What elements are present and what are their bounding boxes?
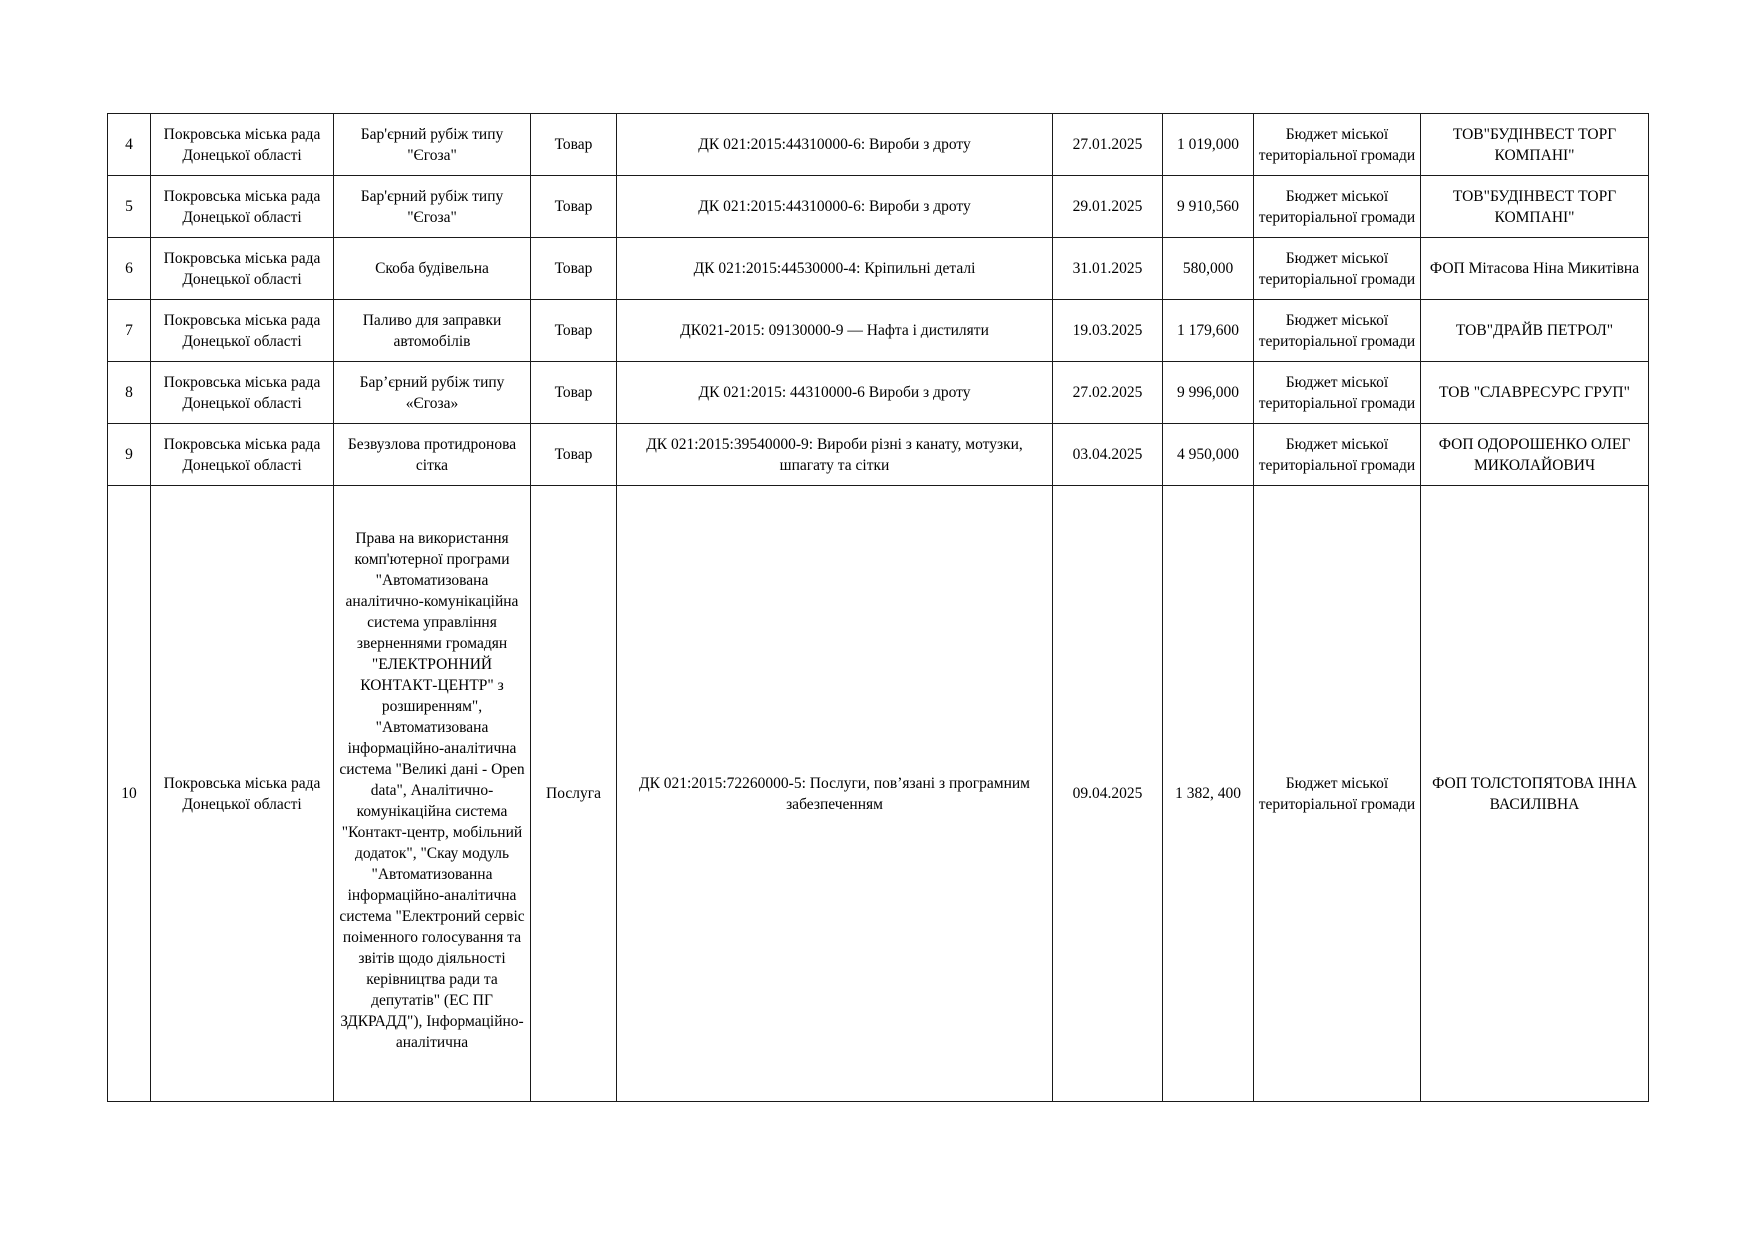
item-cell: Бар'єрний рубіж типу "Єгоза" bbox=[334, 114, 531, 176]
item-text: Бар'єрний рубіж типу "Єгоза" bbox=[361, 126, 503, 164]
customer-text: Покровська міська рада Донецької області bbox=[164, 436, 321, 474]
supplier-text: ТОВ "СЛАВРЕСУРС ГРУП" bbox=[1439, 384, 1630, 401]
amount-text: 1 382, 400 bbox=[1175, 785, 1241, 802]
code-text: ДК 021:2015:44310000-6: Вироби з дроту bbox=[698, 198, 970, 215]
amount-text: 4 950,000 bbox=[1177, 446, 1239, 463]
type-text: Послуга bbox=[546, 785, 601, 802]
supplier-cell: ТОВ"БУДІНВЕСТ ТОРГ КОМПАНІ" bbox=[1421, 114, 1649, 176]
supplier-cell: ТОВ "СЛАВРЕСУРС ГРУП" bbox=[1421, 362, 1649, 424]
funding-source-cell: Бюджет міської територіальної громади bbox=[1254, 362, 1421, 424]
date-text: 29.01.2025 bbox=[1073, 198, 1143, 215]
date-text: 09.04.2025 bbox=[1073, 785, 1143, 802]
table-row: 8 Покровська міська рада Донецької облас… bbox=[108, 362, 1649, 424]
customer-text: Покровська міська рада Донецької області bbox=[164, 775, 321, 813]
row-number: 4 bbox=[108, 114, 151, 176]
date-text: 03.04.2025 bbox=[1073, 446, 1143, 463]
type-cell: Товар bbox=[531, 300, 617, 362]
num-text: 9 bbox=[125, 446, 133, 463]
table-row: 4 Покровська міська рада Донецької облас… bbox=[108, 114, 1649, 176]
row-number: 6 bbox=[108, 238, 151, 300]
date-text: 27.01.2025 bbox=[1073, 136, 1143, 153]
type-text: Товар bbox=[555, 198, 593, 215]
code-text: ДК021-2015: 09130000-9 — Нафта і дистиля… bbox=[680, 322, 989, 339]
amount-text: 9 996,000 bbox=[1177, 384, 1239, 401]
amount-cell: 580,000 bbox=[1163, 238, 1254, 300]
item-text: Безвузлова протидронова сітка bbox=[348, 436, 516, 474]
row-number: 10 bbox=[108, 486, 151, 1102]
date-text: 27.02.2025 bbox=[1073, 384, 1143, 401]
customer-cell: Покровська міська рада Донецької області bbox=[151, 238, 334, 300]
num-text: 4 bbox=[125, 136, 133, 153]
funding-source-cell: Бюджет міської територіальної громади bbox=[1254, 238, 1421, 300]
funding-source-cell: Бюджет міської територіальної громади bbox=[1254, 176, 1421, 238]
supplier-cell: ТОВ"ДРАЙВ ПЕТРОЛ" bbox=[1421, 300, 1649, 362]
num-text: 8 bbox=[125, 384, 133, 401]
amount-text: 580,000 bbox=[1183, 260, 1233, 277]
customer-text: Покровська міська рада Донецької області bbox=[164, 188, 321, 226]
cpv-code-cell: ДК 021:2015:44530000-4: Кріпильні деталі bbox=[617, 238, 1053, 300]
customer-cell: Покровська міська рада Донецької області bbox=[151, 176, 334, 238]
item-cell: Безвузлова протидронова сітка bbox=[334, 424, 531, 486]
funding-source-cell: Бюджет міської територіальної громади bbox=[1254, 486, 1421, 1102]
table-row: 5 Покровська міська рада Донецької облас… bbox=[108, 176, 1649, 238]
amount-cell: 4 950,000 bbox=[1163, 424, 1254, 486]
amount-cell: 1 019,000 bbox=[1163, 114, 1254, 176]
procurement-table: 4 Покровська міська рада Донецької облас… bbox=[107, 113, 1649, 1102]
source-text: Бюджет міської територіальної громади bbox=[1259, 126, 1415, 164]
item-text: Бар’єрний рубіж типу «Єгоза» bbox=[360, 374, 505, 412]
type-text: Товар bbox=[555, 322, 593, 339]
amount-cell: 9 910,560 bbox=[1163, 176, 1254, 238]
date-cell: 31.01.2025 bbox=[1053, 238, 1163, 300]
date-cell: 27.01.2025 bbox=[1053, 114, 1163, 176]
supplier-cell: ФОП Мітасова Ніна Микитівна bbox=[1421, 238, 1649, 300]
row-number: 7 bbox=[108, 300, 151, 362]
num-text: 10 bbox=[121, 785, 137, 802]
customer-text: Покровська міська рада Донецької області bbox=[164, 126, 321, 164]
item-text: Скоба будівельна bbox=[375, 260, 489, 277]
supplier-text: ФОП ОДОРОШЕНКО ОЛЕГ МИКОЛАЙОВИЧ bbox=[1439, 436, 1631, 474]
customer-cell: Покровська міська рада Донецької області bbox=[151, 424, 334, 486]
date-cell: 03.04.2025 bbox=[1053, 424, 1163, 486]
funding-source-cell: Бюджет міської територіальної громади bbox=[1254, 300, 1421, 362]
item-cell: Скоба будівельна bbox=[334, 238, 531, 300]
type-cell: Послуга bbox=[531, 486, 617, 1102]
supplier-cell: ТОВ"БУДІНВЕСТ ТОРГ КОМПАНІ" bbox=[1421, 176, 1649, 238]
type-cell: Товар bbox=[531, 176, 617, 238]
date-cell: 29.01.2025 bbox=[1053, 176, 1163, 238]
supplier-text: ТОВ"ДРАЙВ ПЕТРОЛ" bbox=[1456, 322, 1613, 339]
supplier-text: ФОП Мітасова Ніна Микитівна bbox=[1430, 260, 1639, 277]
num-text: 7 bbox=[125, 322, 133, 339]
date-text: 19.03.2025 bbox=[1073, 322, 1143, 339]
item-cell: Права на використання комп'ютерної прогр… bbox=[334, 486, 531, 1102]
customer-cell: Покровська міська рада Донецької області bbox=[151, 362, 334, 424]
amount-text: 1 179,600 bbox=[1177, 322, 1239, 339]
customer-text: Покровська міська рада Донецької області bbox=[164, 312, 321, 350]
num-text: 6 bbox=[125, 260, 133, 277]
supplier-cell: ФОП ОДОРОШЕНКО ОЛЕГ МИКОЛАЙОВИЧ bbox=[1421, 424, 1649, 486]
customer-cell: Покровська міська рада Донецької області bbox=[151, 114, 334, 176]
cpv-code-cell: ДК021-2015: 09130000-9 — Нафта і дистиля… bbox=[617, 300, 1053, 362]
customer-cell: Покровська міська рада Донецької області bbox=[151, 486, 334, 1102]
code-text: ДК 021:2015: 44310000-6 Вироби з дроту bbox=[699, 384, 971, 401]
item-text: Права на використання комп'ютерної прогр… bbox=[338, 528, 526, 1053]
item-cell: Бар'єрний рубіж типу "Єгоза" bbox=[334, 176, 531, 238]
date-cell: 09.04.2025 bbox=[1053, 486, 1163, 1102]
type-text: Товар bbox=[555, 384, 593, 401]
supplier-cell: ФОП ТОЛСТОПЯТОВА ІННА ВАСИЛІВНА bbox=[1421, 486, 1649, 1102]
item-cell: Паливо для заправки автомобілів bbox=[334, 300, 531, 362]
source-text: Бюджет міської територіальної громади bbox=[1259, 250, 1415, 288]
source-text: Бюджет міської територіальної громади bbox=[1259, 436, 1415, 474]
cpv-code-cell: ДК 021:2015:39540000-9: Вироби різні з к… bbox=[617, 424, 1053, 486]
amount-text: 1 019,000 bbox=[1177, 136, 1239, 153]
code-text: ДК 021:2015:39540000-9: Вироби різні з к… bbox=[646, 436, 1023, 474]
cpv-code-cell: ДК 021:2015:44310000-6: Вироби з дроту bbox=[617, 176, 1053, 238]
table-row: 7 Покровська міська рада Донецької облас… bbox=[108, 300, 1649, 362]
type-cell: Товар bbox=[531, 362, 617, 424]
amount-text: 9 910,560 bbox=[1177, 198, 1239, 215]
supplier-text: ФОП ТОЛСТОПЯТОВА ІННА ВАСИЛІВНА bbox=[1432, 775, 1637, 813]
date-cell: 27.02.2025 bbox=[1053, 362, 1163, 424]
customer-text: Покровська міська рада Донецької області bbox=[164, 374, 321, 412]
item-text: Паливо для заправки автомобілів bbox=[363, 312, 502, 350]
table-row: 6 Покровська міська рада Донецької облас… bbox=[108, 238, 1649, 300]
item-text: Бар'єрний рубіж типу "Єгоза" bbox=[361, 188, 503, 226]
row-number: 8 bbox=[108, 362, 151, 424]
date-text: 31.01.2025 bbox=[1073, 260, 1143, 277]
code-text: ДК 021:2015:44530000-4: Кріпильні деталі bbox=[694, 260, 976, 277]
table-row: 10 Покровська міська рада Донецької обла… bbox=[108, 486, 1649, 1102]
source-text: Бюджет міської територіальної громади bbox=[1259, 188, 1415, 226]
customer-text: Покровська міська рада Донецької області bbox=[164, 250, 321, 288]
funding-source-cell: Бюджет міської територіальної громади bbox=[1254, 114, 1421, 176]
cpv-code-cell: ДК 021:2015:72260000-5: Послуги, пов’яза… bbox=[617, 486, 1053, 1102]
type-cell: Товар bbox=[531, 114, 617, 176]
source-text: Бюджет міської територіальної громади bbox=[1259, 312, 1415, 350]
code-text: ДК 021:2015:44310000-6: Вироби з дроту bbox=[698, 136, 970, 153]
customer-cell: Покровська міська рада Донецької області bbox=[151, 300, 334, 362]
type-cell: Товар bbox=[531, 424, 617, 486]
source-text: Бюджет міської територіальної громади bbox=[1259, 775, 1415, 813]
funding-source-cell: Бюджет міської територіальної громади bbox=[1254, 424, 1421, 486]
row-number: 5 bbox=[108, 176, 151, 238]
type-text: Товар bbox=[555, 260, 593, 277]
cpv-code-cell: ДК 021:2015: 44310000-6 Вироби з дроту bbox=[617, 362, 1053, 424]
supplier-text: ТОВ"БУДІНВЕСТ ТОРГ КОМПАНІ" bbox=[1453, 188, 1616, 226]
source-text: Бюджет міської територіальної громади bbox=[1259, 374, 1415, 412]
date-cell: 19.03.2025 bbox=[1053, 300, 1163, 362]
num-text: 5 bbox=[125, 198, 133, 215]
type-text: Товар bbox=[555, 446, 593, 463]
amount-cell: 1 179,600 bbox=[1163, 300, 1254, 362]
code-text: ДК 021:2015:72260000-5: Послуги, пов’яза… bbox=[639, 775, 1030, 813]
amount-cell: 1 382, 400 bbox=[1163, 486, 1254, 1102]
row-number: 9 bbox=[108, 424, 151, 486]
table-row: 9 Покровська міська рада Донецької облас… bbox=[108, 424, 1649, 486]
supplier-text: ТОВ"БУДІНВЕСТ ТОРГ КОМПАНІ" bbox=[1453, 126, 1616, 164]
amount-cell: 9 996,000 bbox=[1163, 362, 1254, 424]
item-cell: Бар’єрний рубіж типу «Єгоза» bbox=[334, 362, 531, 424]
type-cell: Товар bbox=[531, 238, 617, 300]
type-text: Товар bbox=[555, 136, 593, 153]
cpv-code-cell: ДК 021:2015:44310000-6: Вироби з дроту bbox=[617, 114, 1053, 176]
